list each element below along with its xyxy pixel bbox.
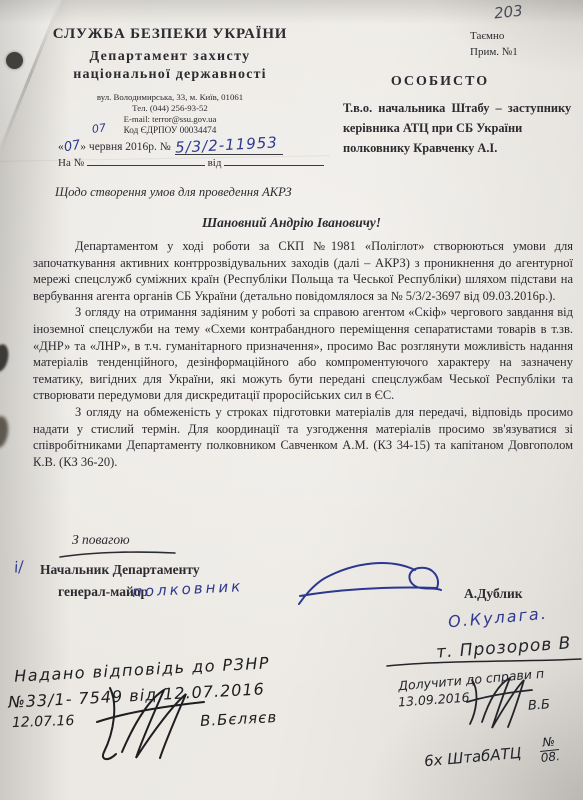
paragraph-1: Департаментом у ході роботи за СКП №1981… <box>33 238 573 304</box>
handwritten-day-correction: 07 <box>91 121 107 136</box>
org-email: E-mail: terror@ssu.gov.ua <box>36 114 304 124</box>
recipient-line2: керівника АТЦ при СБ України <box>343 118 575 138</box>
personally-label: ОСОБИСТО <box>350 74 530 90</box>
handwritten-doc-number: 5/3/2-11953 <box>174 133 278 156</box>
signer-title-line1: Начальник Департаменту <box>40 562 200 578</box>
letter-body: Департаментом у ході роботи за СКП №1981… <box>33 238 573 470</box>
handwritten-initial-mark: і/ <box>13 557 25 576</box>
org-address: вул. Володимирська, 33, м. Київ, 01061 <box>36 92 304 102</box>
handwritten-rank-correction: полковник <box>132 577 244 601</box>
scanned-letter-page: СЛУЖБА БЕЗПЕКИ УКРАЇНИ Департамент захис… <box>0 0 583 800</box>
closing-phrase: З повагою <box>72 532 130 548</box>
org-phone: Тел. (044) 256-93-52 <box>36 103 304 113</box>
pen-separator-line <box>385 656 583 670</box>
reference-line: На № від <box>58 157 324 169</box>
handwritten-kulaha: О.Кулага. <box>447 604 548 632</box>
edge-smudge <box>0 343 11 374</box>
pen-underline <box>58 548 178 560</box>
reply-signature-scribble <box>92 682 207 767</box>
date-number-line: «07» червня 2016р. №5/3/2-11953 <box>58 136 318 155</box>
signer-name: А.Дублик <box>464 586 523 602</box>
recipient-line1: Т.в.о. начальника Штабу – заступнику <box>343 98 575 118</box>
punch-hole <box>6 52 23 69</box>
handwritten-attach-sign: В.Б <box>528 697 551 713</box>
secrecy-label: Таємно <box>470 30 570 42</box>
attach-signature-scribble <box>462 672 537 732</box>
handwritten-reply-date: 12.07.16 <box>12 713 75 731</box>
department-name-line2: національної державності <box>36 67 304 83</box>
subject-line: Щодо створення умов для проведення АКРЗ <box>55 185 292 200</box>
recipient-line3: полковнику Кравченку А.І. <box>343 138 575 158</box>
page-number-annotation: 203 <box>493 2 523 23</box>
org-name: СЛУЖБА БЕЗПЕКИ УКРАЇНИ <box>36 26 304 43</box>
recipient-block: Т.в.о. начальника Штабу – заступнику кер… <box>343 98 575 158</box>
handwritten-day: 07 <box>63 138 82 156</box>
department-name-line1: Департамент захисту <box>36 49 304 65</box>
handwritten-number-fraction: № 08. <box>539 735 561 765</box>
paragraph-3: З огляду на обмеженість у строках підгот… <box>33 404 573 470</box>
director-signature <box>295 548 445 608</box>
handwritten-reply-sign: В.Бєляєв <box>200 708 278 730</box>
copy-number-label: Прим. №1 <box>470 46 570 58</box>
salutation: Шановний Андрію Івановичу! <box>0 215 583 231</box>
fraction-denominator: 08. <box>540 749 560 765</box>
handwritten-shtab-note: 6х ШтабАТЦ <box>423 744 522 770</box>
edge-smudge <box>0 415 10 449</box>
paragraph-2: З огляду на отримання задіяним у роботі … <box>33 304 573 404</box>
